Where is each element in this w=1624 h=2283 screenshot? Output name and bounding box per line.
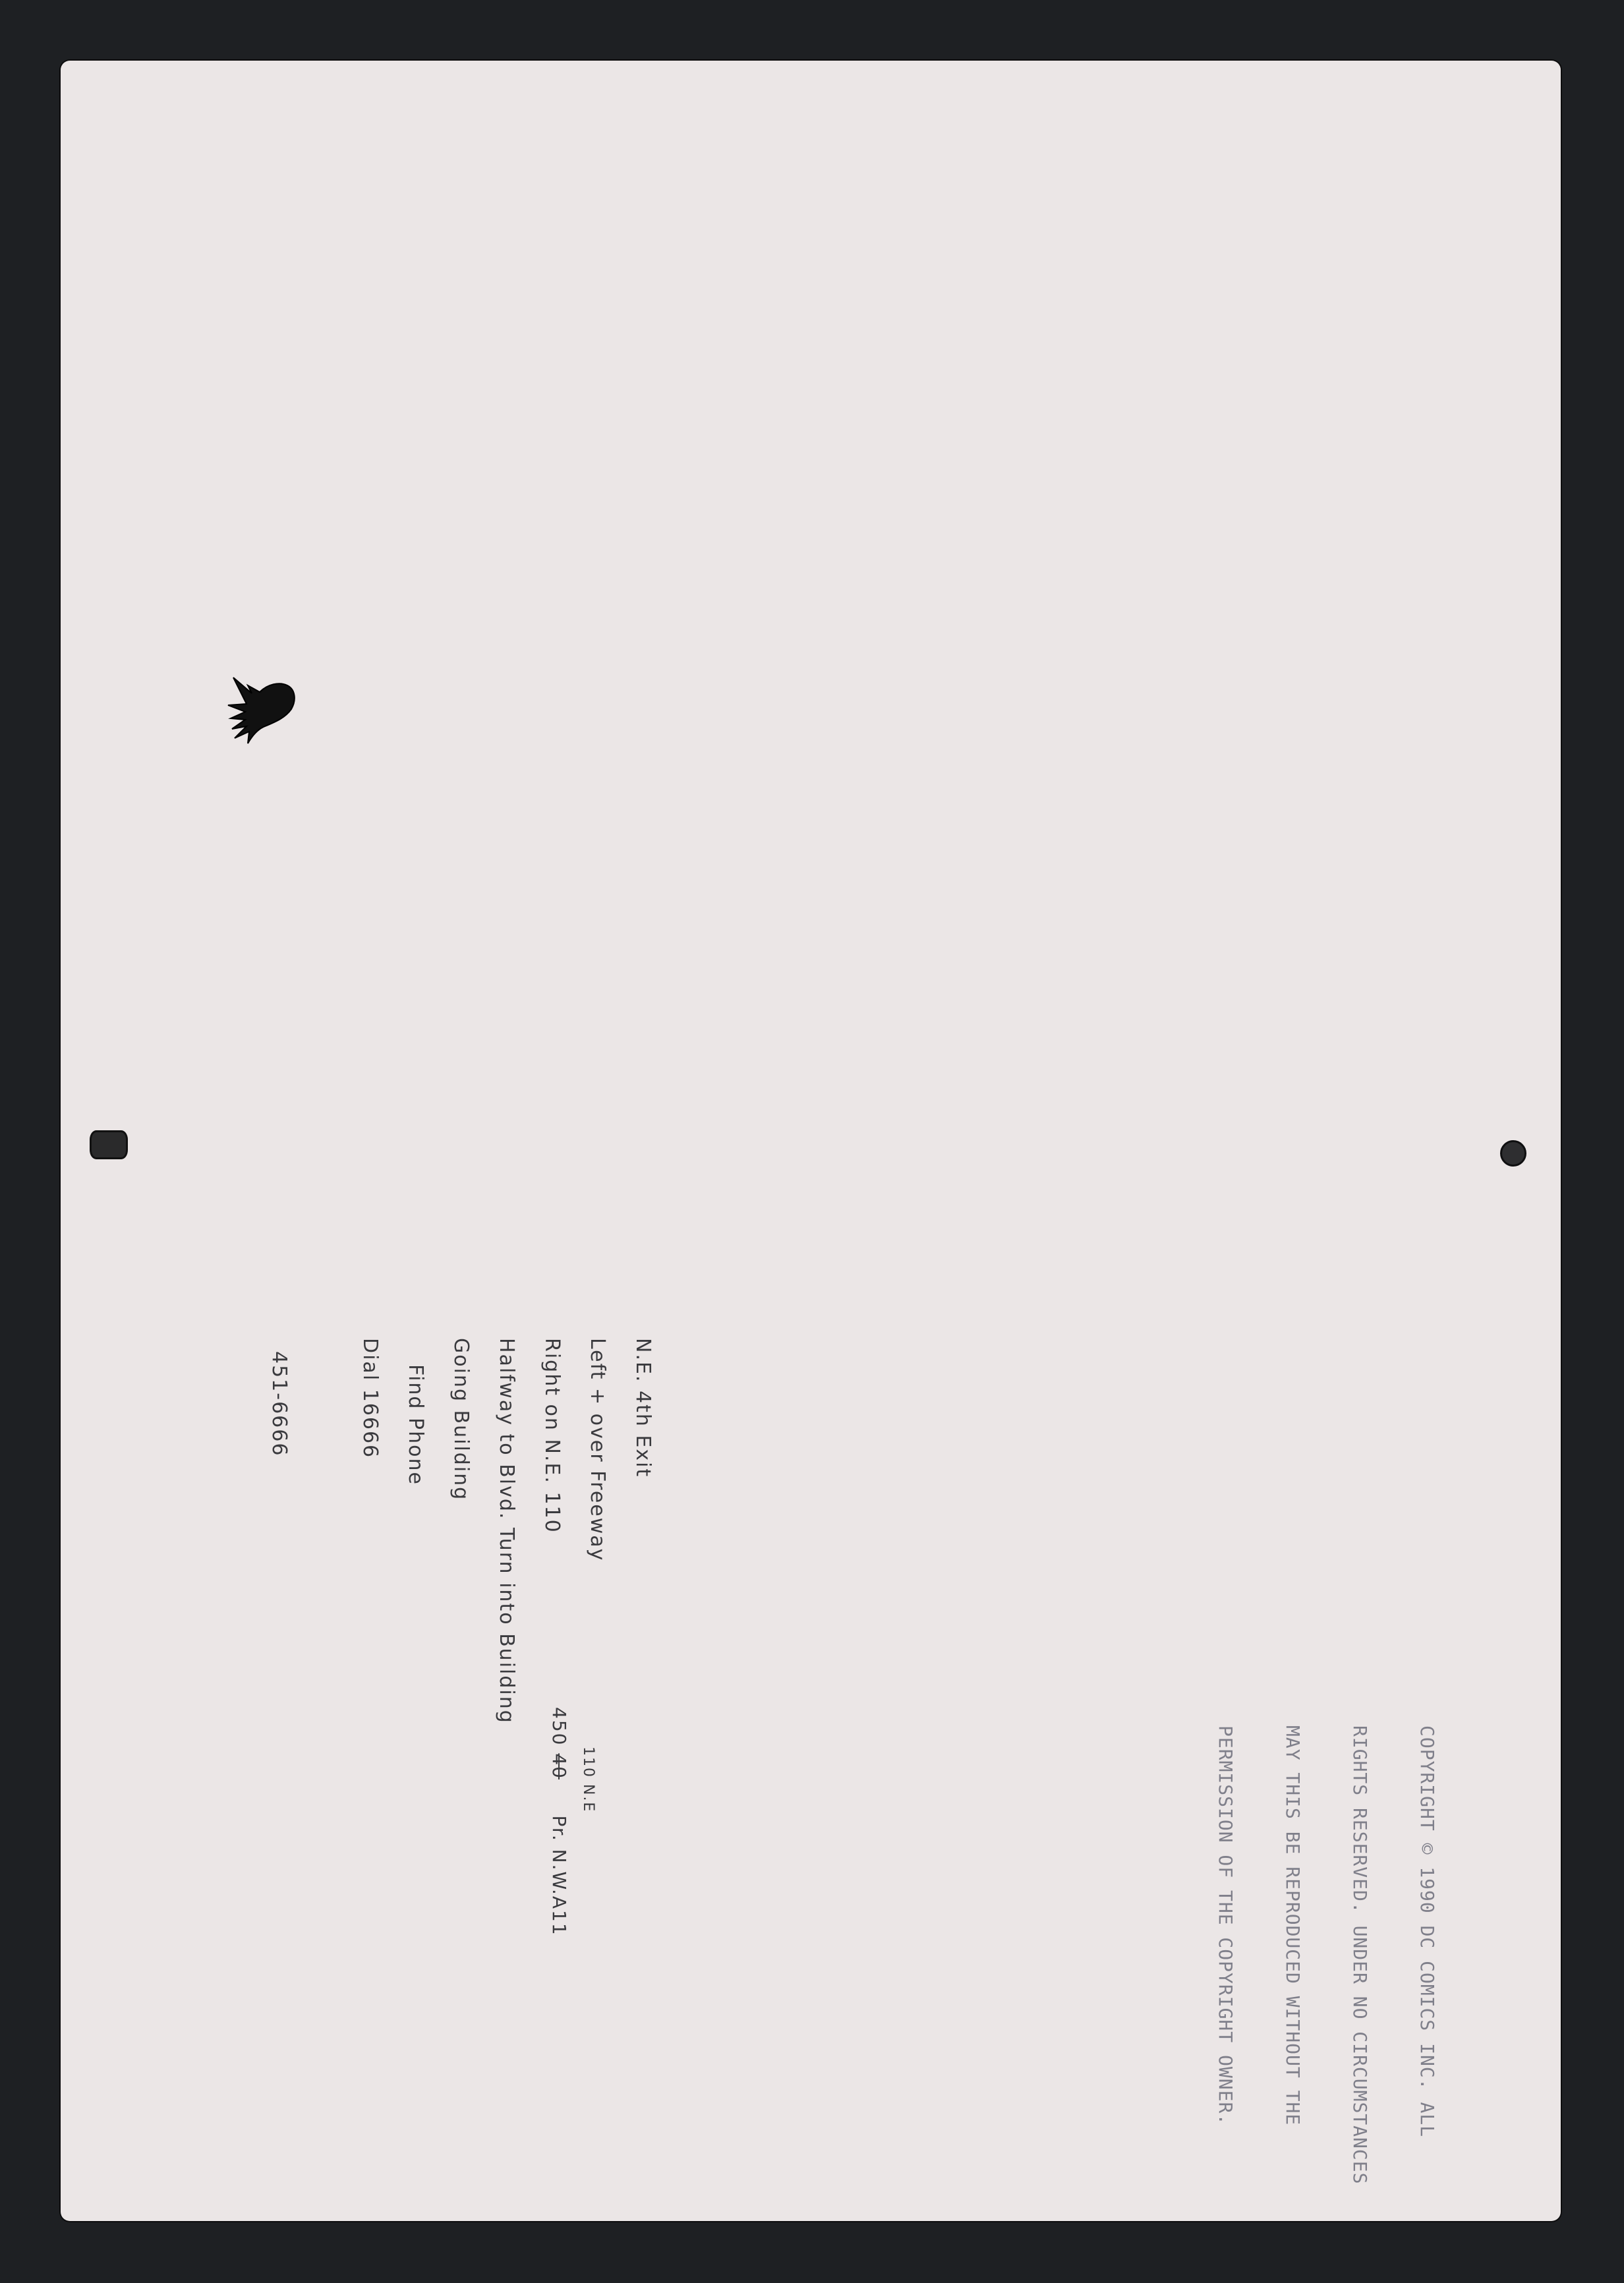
note-line: 451-6666 (256, 1338, 302, 1724)
registration-slot-hole (90, 1130, 128, 1159)
note-line (302, 1338, 347, 1724)
copyright-stamp: COPYRIGHT © 1990 DC COMICS INC. ALL RIGH… (1192, 1725, 1483, 2184)
stamp-line: MAY THIS BE REPRODUCED WITHOUT THE (1281, 1725, 1304, 2184)
note-line: N.E. 4th Exit (620, 1338, 666, 1724)
stamp-line: PERMISSION OF THE COPYRIGHT OWNER. (1214, 1725, 1236, 2184)
note-line: Find Phone (393, 1338, 438, 1724)
ink-blot-icon (221, 666, 301, 745)
note-line: Halfway to Blvd. Turn into Building (484, 1338, 529, 1724)
handwritten-directions: N.E. 4th Exit Left + over Freeway Right … (256, 1338, 666, 1724)
aside-superscript: 110 N.E (580, 1747, 596, 1812)
aside-prefix: 450 (548, 1707, 570, 1746)
note-line: Left + over Freeway (575, 1338, 620, 1724)
note-line: Going Building (438, 1338, 484, 1724)
handwritten-aside: 450 40 110 N.E Pr. N.W.A11 (548, 1707, 570, 1936)
registration-round-hole (1500, 1140, 1526, 1167)
stamp-line: COPYRIGHT © 1990 DC COMICS INC. ALL (1416, 1725, 1438, 2184)
note-line: Right on N.E. 110 (529, 1338, 575, 1724)
stamp-line: RIGHTS RESERVED. UNDER NO CIRCUMSTANCES (1348, 1725, 1371, 2184)
aside-suffix: Pr. N.W.A11 (548, 1816, 570, 1936)
aside-struck-text: 40 (548, 1753, 570, 1779)
note-line: Dial 16666 (347, 1338, 393, 1724)
